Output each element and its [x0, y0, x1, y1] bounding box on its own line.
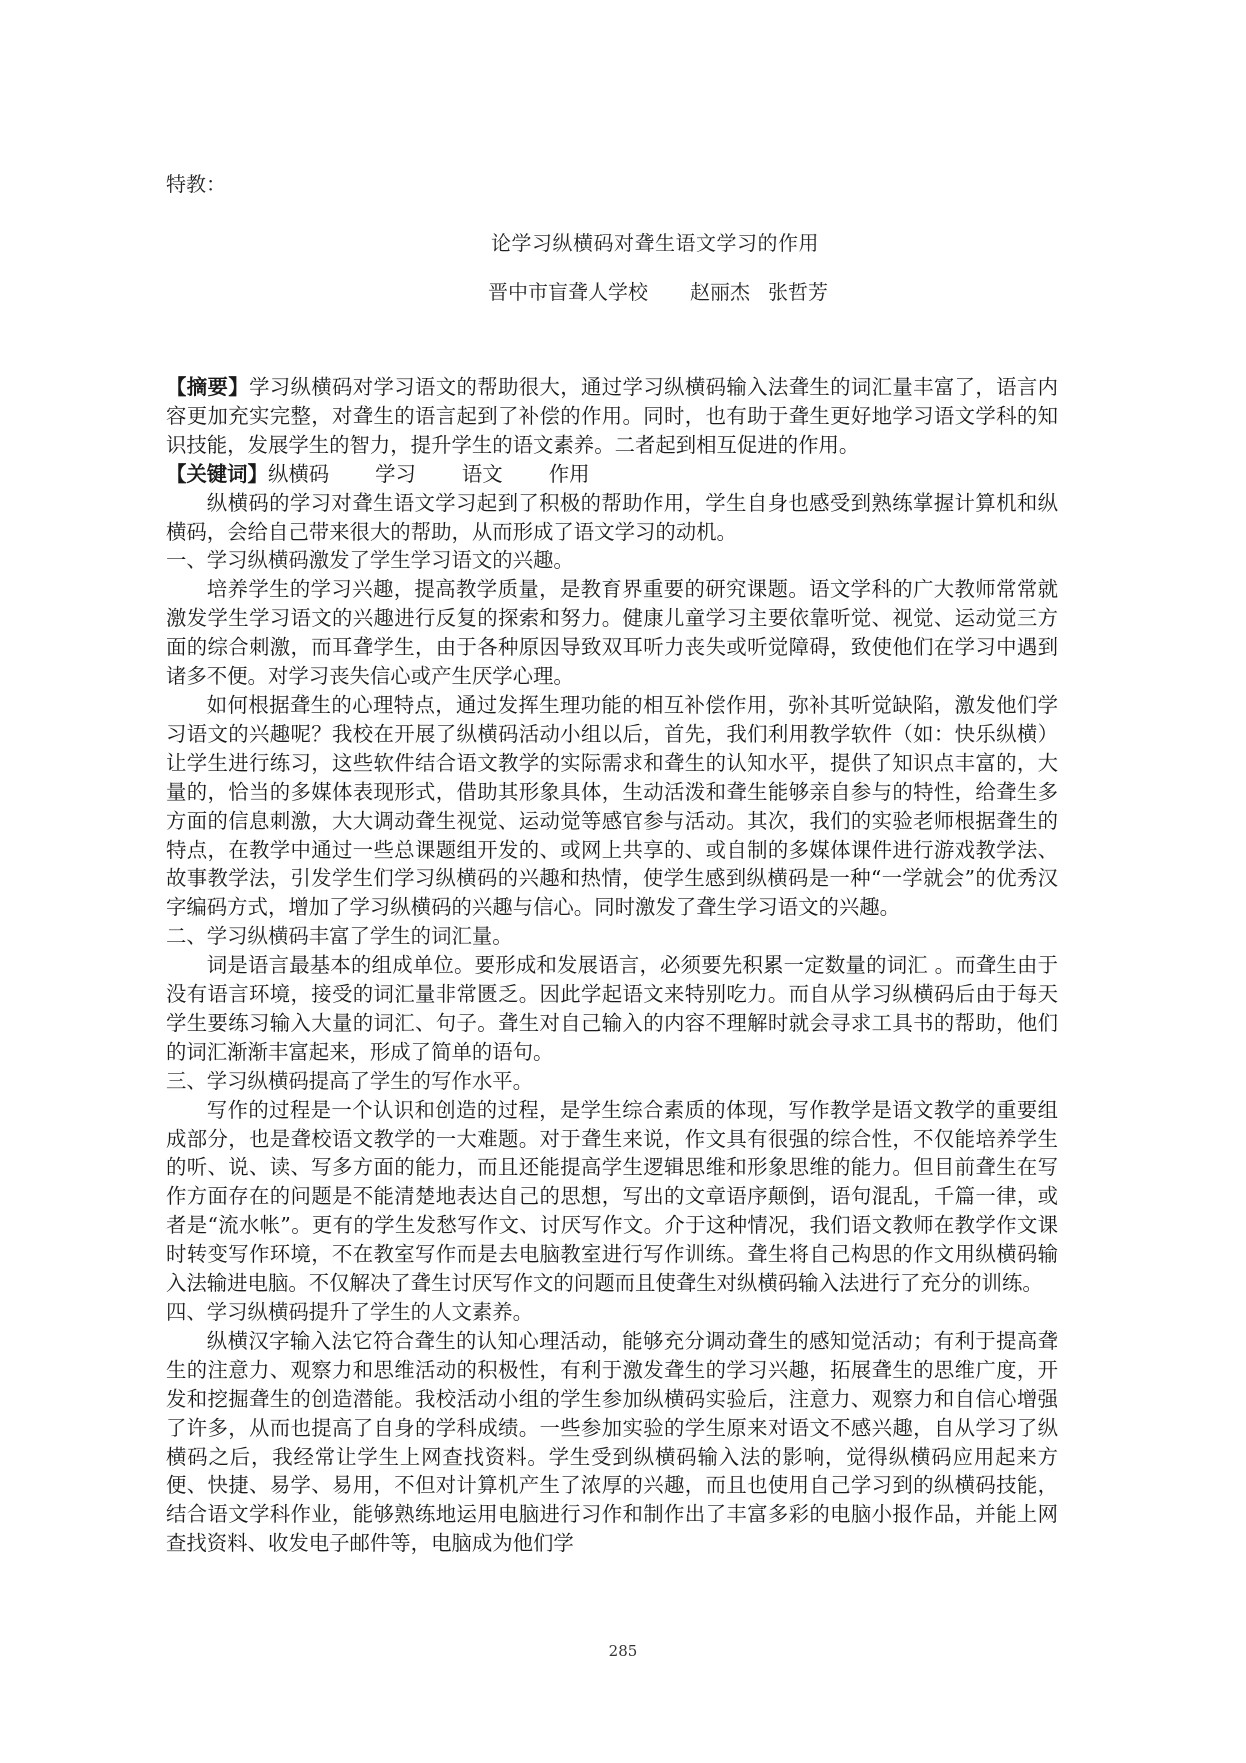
abstract-text: 学习纵横码对学习语文的帮助很大，通过学习纵横码输入法聋生的词汇量丰富了，语言内容… — [166, 375, 1058, 457]
article-body: 【摘要】学习纵横码对学习语文的帮助很大，通过学习纵横码输入法聋生的词汇量丰富了，… — [166, 373, 1058, 1558]
section-heading: 三、学习纵横码提高了学生的写作水平。 — [166, 1067, 1058, 1096]
intro-paragraph: 纵横码的学习对聋生语文学习起到了积极的帮助作用，学生自身也感受到熟练掌握计算机和… — [166, 489, 1058, 547]
affiliation: 晋中市盲聋人学校 — [488, 280, 648, 304]
section-heading: 二、学习纵横码丰富了学生的词汇量。 — [166, 922, 1058, 951]
abstract: 【摘要】学习纵横码对学习语文的帮助很大，通过学习纵横码输入法聋生的词汇量丰富了，… — [166, 373, 1058, 460]
keyword: 语文 — [462, 462, 503, 486]
section-heading: 四、学习纵横码提升了学生的人文素养。 — [166, 1298, 1058, 1327]
author-line: 晋中市盲聋人学校赵丽杰张哲芳 — [0, 278, 1246, 306]
keyword: 作用 — [549, 462, 590, 486]
paragraph: 纵横汉字输入法它符合聋生的认知心理活动，能够充分调动聋生的感知觉活动；有利于提高… — [166, 1327, 1058, 1558]
paragraph: 如何根据聋生的心理特点，通过发挥生理功能的相互补偿作用，弥补其听觉缺陷，激发他们… — [166, 691, 1058, 922]
paper-title: 论学习纵横码对聋生语文学习的作用 — [0, 229, 1246, 257]
keyword: 学习 — [375, 462, 416, 486]
author-name: 赵丽杰 — [690, 280, 750, 304]
author-name: 张哲芳 — [768, 280, 828, 304]
keyword: 纵横码 — [268, 462, 329, 486]
section-tag: 特教： — [166, 171, 226, 197]
page-number: 285 — [0, 1641, 1246, 1661]
paragraph: 词是语言最基本的组成单位。要形成和发展语言，必须要先积累一定数量的词汇 。而聋生… — [166, 951, 1058, 1067]
section-heading: 一、学习纵横码激发了学生学习语文的兴趣。 — [166, 546, 1058, 575]
document-page: 特教： 论学习纵横码对聋生语文学习的作用 晋中市盲聋人学校赵丽杰张哲芳 【摘要】… — [0, 0, 1246, 1763]
keywords: 【关键词】纵横码学习语文作用 — [166, 460, 1058, 489]
keywords-label: 【关键词】 — [166, 462, 268, 486]
paragraph: 培养学生的学习兴趣，提高教学质量，是教育界重要的研究课题。语文学科的广大教师常常… — [166, 575, 1058, 691]
paragraph: 写作的过程是一个认识和创造的过程，是学生综合素质的体现，写作教学是语文教学的重要… — [166, 1096, 1058, 1298]
abstract-label: 【摘要】 — [166, 375, 249, 399]
